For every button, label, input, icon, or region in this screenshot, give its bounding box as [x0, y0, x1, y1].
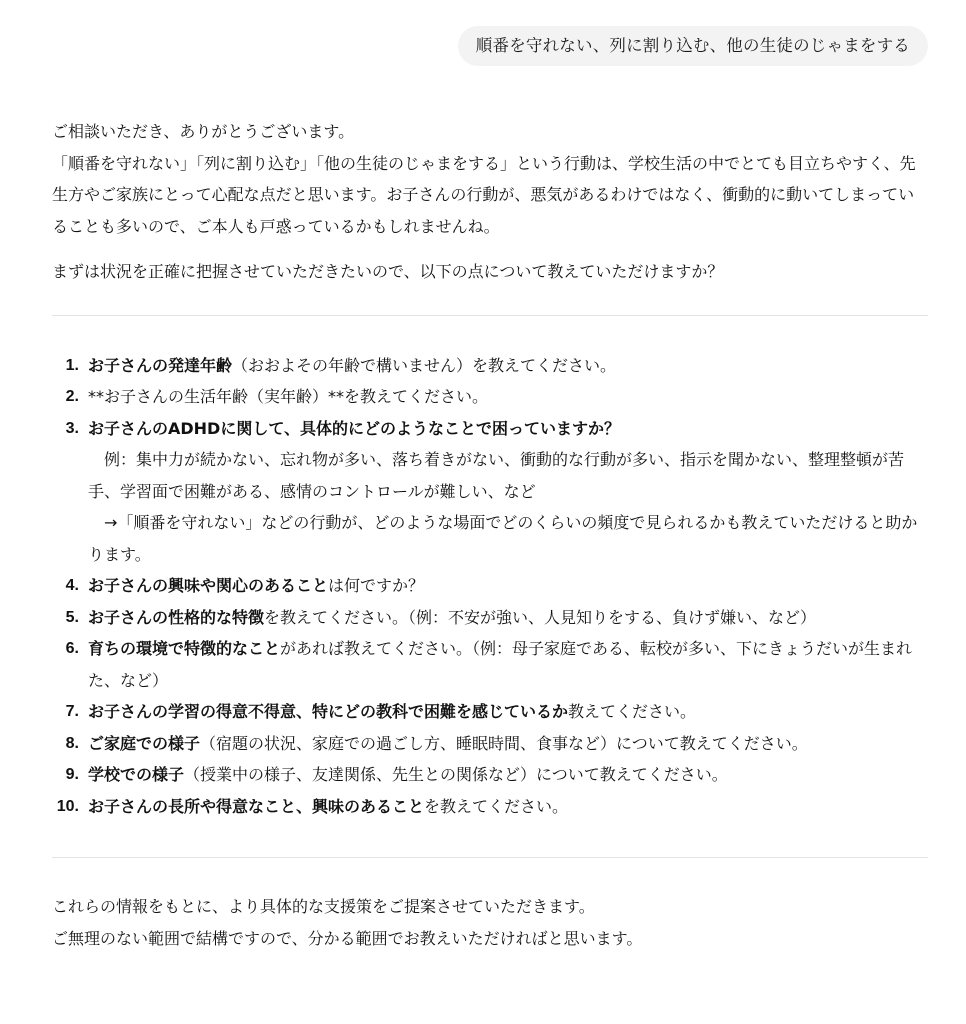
assistant-message: ご相談いただき、ありがとうございます。 「順番を守れない」「列に割り込む」「他の…	[52, 116, 928, 954]
item-bold-text: お子さんのADHDに関して、具体的にどのようなことで困っていますか？	[88, 419, 620, 438]
closing-text: ご無理のない範囲で結構ですので、分かる範囲でお教えいただければと思います。	[52, 923, 928, 955]
empathy-text: 「順番を守れない」「列に割り込む」「他の生徒のじゃまをする」という行動は、学校生…	[52, 148, 928, 243]
user-message-bubble: 順番を守れない、列に割り込む、他の生徒のじゃまをする	[458, 26, 928, 66]
list-item: 1. お子さんの発達年齢（おおよその年齢で構いません）を教えてください。	[52, 350, 928, 382]
list-item: 4. お子さんの興味や関心のあることは何ですか？	[52, 570, 928, 602]
list-number: 9.	[52, 759, 79, 791]
item-bold-text: ご家庭での様子	[88, 734, 200, 753]
greeting-text: ご相談いただき、ありがとうございます。	[52, 116, 928, 148]
question-list: 1. お子さんの発達年齢（おおよその年齢で構いません）を教えてください。 2. …	[52, 350, 928, 823]
item-bold-text: お子さんの長所や得意なこと、興味のあること	[88, 797, 424, 816]
list-number: 6.	[52, 633, 79, 665]
item-text: **お子さんの生活年齢（実年齢）**を教えてください。	[88, 387, 488, 406]
item-text: は何ですか？	[328, 576, 424, 595]
item-text: （おおよその年齢で構いません）を教えてください。	[232, 356, 616, 375]
divider	[52, 315, 928, 316]
list-number: 2.	[52, 381, 79, 413]
item-bold-text: 学校での様子	[88, 765, 184, 784]
list-item: 7. お子さんの学習の得意不得意、特にどの教科で困難を感じているか教えてください…	[52, 696, 928, 728]
list-item: 5. お子さんの性格的な特徴を教えてください。（例：不安が強い、人見知りをする、…	[52, 602, 928, 634]
list-number: 8.	[52, 728, 79, 760]
list-item: 9. 学校での様子（授業中の様子、友達関係、先生との関係など）について教えてくだ…	[52, 759, 928, 791]
list-item: 3. お子さんのADHDに関して、具体的にどのようなことで困っていますか？ 例：…	[52, 413, 928, 571]
user-message-row: 順番を守れない、列に割り込む、他の生徒のじゃまをする	[458, 26, 928, 66]
item-text: 教えてください。	[568, 702, 696, 721]
divider	[52, 857, 928, 858]
list-item: 10. お子さんの長所や得意なこと、興味のあることを教えてください。	[52, 791, 928, 823]
closing-text: これらの情報をもとに、より具体的な支援策をご提案させていただきます。	[52, 891, 928, 923]
example-text: 例：集中力が続かない、忘れ物が多い、落ち着きがない、衝動的な行動が多い、指示を聞…	[88, 444, 928, 507]
item-text: （授業中の様子、友達関係、先生との関係など）について教えてください。	[184, 765, 728, 784]
list-number: 4.	[52, 570, 79, 602]
item-text: を教えてください。（例：不安が強い、人見知りをする、負けず嫌い、など）	[264, 608, 816, 627]
closing-block: これらの情報をもとに、より具体的な支援策をご提案させていただきます。 ご無理のな…	[52, 891, 928, 954]
list-number: 1.	[52, 350, 79, 382]
list-number: 5.	[52, 602, 79, 634]
list-item: 8. ご家庭での様子（宿題の状況、家庭での過ごし方、睡眠時間、食事など）について…	[52, 728, 928, 760]
list-number: 7.	[52, 696, 79, 728]
item-bold-text: お子さんの学習の得意不得意、特にどの教科で困難を感じているか	[88, 702, 568, 721]
lead-question-text: まずは状況を正確に把握させていただきたいので、以下の点について教えていただけます…	[52, 256, 928, 288]
list-number: 3.	[52, 413, 79, 445]
intro-block: ご相談いただき、ありがとうございます。 「順番を守れない」「列に割り込む」「他の…	[52, 116, 928, 242]
list-item: 6. 育ちの環境で特徴的なことがあれば教えてください。（例：母子家庭である、転校…	[52, 633, 928, 696]
item-text: を教えてください。	[424, 797, 568, 816]
list-number: 10.	[43, 791, 79, 823]
item-bold-text: お子さんの興味や関心のあること	[88, 576, 328, 595]
list-item: 2. **お子さんの生活年齢（実年齢）**を教えてください。	[52, 381, 928, 413]
followup-text: →「順番を守れない」などの行動が、どのような場面でどのくらいの頻度で見られるかも…	[88, 507, 928, 570]
item-bold-text: お子さんの性格的な特徴	[88, 608, 264, 627]
item-text: （宿題の状況、家庭での過ごし方、睡眠時間、食事など）について教えてください。	[200, 734, 808, 753]
item-bold-text: 育ちの環境で特徴的なこと	[88, 639, 280, 658]
item-bold-text: お子さんの発達年齢	[88, 356, 232, 375]
